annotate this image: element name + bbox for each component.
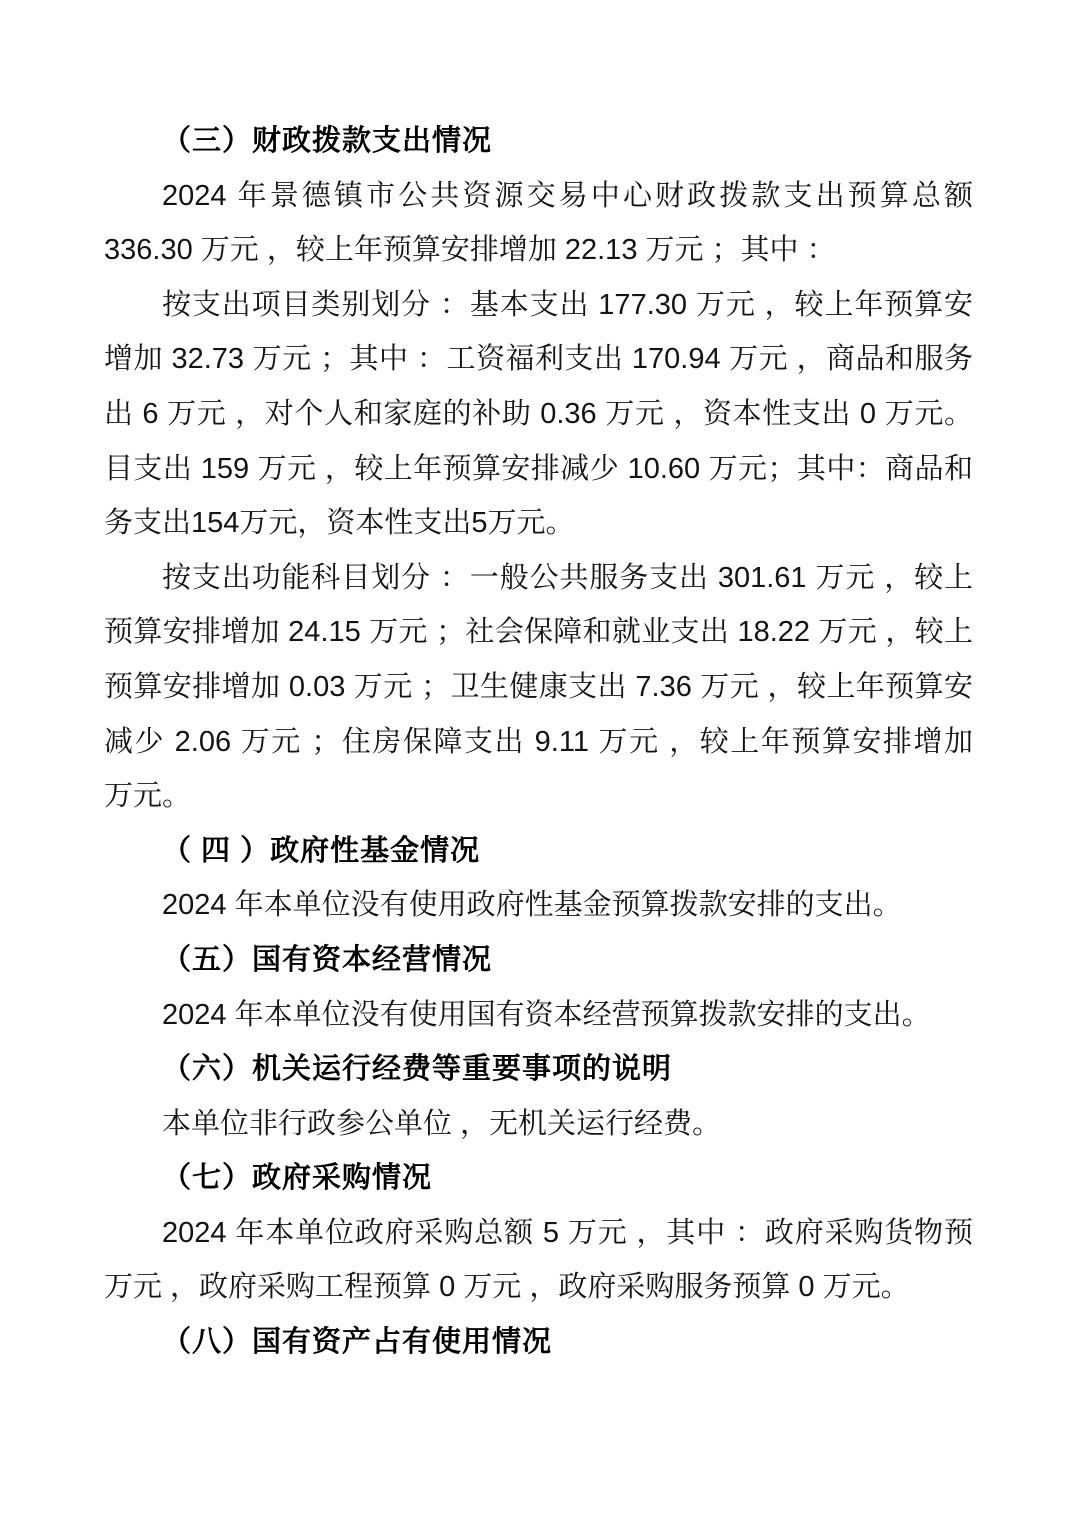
text-line: 万元 ，政府采购工程预算 0 万元 ，政府采购服务预算 0 万元。 <box>104 1260 973 1315</box>
paragraph: 2024 年本单位政府采购总额 5 万元 ，其中 ：政府采购货物预算 5万元 ，… <box>104 1206 973 1315</box>
text-line: 按支出项目类别划分 ：基本支出 177.30 万元 ，较上年预算安排 <box>104 278 973 333</box>
paragraph: 2024 年景德镇市公共资源交易中心财政拨款支出预算总额336.30 万元 ，较… <box>104 169 973 278</box>
paragraph: 本单位非行政参公单位 ，无机关运行经费。 <box>104 1097 973 1152</box>
document-page: （三）财政拨款支出情况2024 年景德镇市公共资源交易中心财政拨款支出预算总额3… <box>0 0 1074 1520</box>
text-line: 2024 年本单位政府采购总额 5 万元 ，其中 ：政府采购货物预算 5 <box>104 1206 973 1261</box>
paragraph: 2024 年本单位没有使用国有资本经营预算拨款安排的支出。 <box>104 988 973 1043</box>
heading-text: （三）财政拨款支出情况 <box>104 114 973 169</box>
text-line: 2024 年景德镇市公共资源交易中心财政拨款支出预算总额 <box>104 169 973 224</box>
text-line: 出 6 万元 ，对个人和家庭的补助 0.36 万元 ，资本性支出 0 万元。项 <box>104 387 973 442</box>
text-line: 增加 32.73 万元 ；其中 ：工资福利支出 170.94 万元 ，商品和服务… <box>104 332 973 387</box>
text-line: 减少 2.06 万元 ；住房保障支出 9.11 万元 ，较上年预算安排增加 0.… <box>104 715 973 770</box>
document-content: （三）财政拨款支出情况2024 年景德镇市公共资源交易中心财政拨款支出预算总额3… <box>104 114 973 1370</box>
text-line: 万元。 <box>104 769 973 824</box>
heading-text: （七）政府采购情况 <box>104 1151 973 1206</box>
text-line: 按支出功能科目划分 ：一般公共服务支出 301.61 万元 ，较上年 <box>104 551 973 606</box>
text-line: 2024 年本单位没有使用政府性基金预算拨款安排的支出。 <box>104 878 973 933</box>
section-heading: （三）财政拨款支出情况 <box>104 114 973 169</box>
text-line: 目支出 159 万元 ，较上年预算安排减少 10.60 万元；其中：商品和服 <box>104 442 973 497</box>
paragraph: 2024 年本单位没有使用政府性基金预算拨款安排的支出。 <box>104 878 973 933</box>
section-heading: （六）机关运行经费等重要事项的说明 <box>104 1042 973 1097</box>
text-line: 预算安排增加 24.15 万元 ；社会保障和就业支出 18.22 万元 ，较上年 <box>104 605 973 660</box>
section-heading: （七）政府采购情况 <box>104 1151 973 1206</box>
text-line: 务支出154万元，资本性支出5万元。 <box>104 496 973 551</box>
paragraph: 按支出项目类别划分 ：基本支出 177.30 万元 ，较上年预算安排增加 32.… <box>104 278 973 551</box>
heading-text: （八）国有资产占有使用情况 <box>104 1315 973 1370</box>
text-line: 2024 年本单位没有使用国有资本经营预算拨款安排的支出。 <box>104 988 973 1043</box>
section-heading: （八）国有资产占有使用情况 <box>104 1315 973 1370</box>
section-heading: （五）国有资本经营情况 <box>104 933 973 988</box>
heading-text: （五）国有资本经营情况 <box>104 933 973 988</box>
heading-text: （ 四 ）政府性基金情况 <box>104 824 973 879</box>
section-heading: （ 四 ）政府性基金情况 <box>104 824 973 879</box>
text-line: 336.30 万元 ，较上年预算安排增加 22.13 万元 ；其中 ： <box>104 223 973 278</box>
heading-text: （六）机关运行经费等重要事项的说明 <box>104 1042 973 1097</box>
paragraph: 按支出功能科目划分 ：一般公共服务支出 301.61 万元 ，较上年预算安排增加… <box>104 551 973 824</box>
text-line: 预算安排增加 0.03 万元 ；卫生健康支出 7.36 万元 ，较上年预算安排 <box>104 660 973 715</box>
text-line: 本单位非行政参公单位 ，无机关运行经费。 <box>104 1097 973 1152</box>
